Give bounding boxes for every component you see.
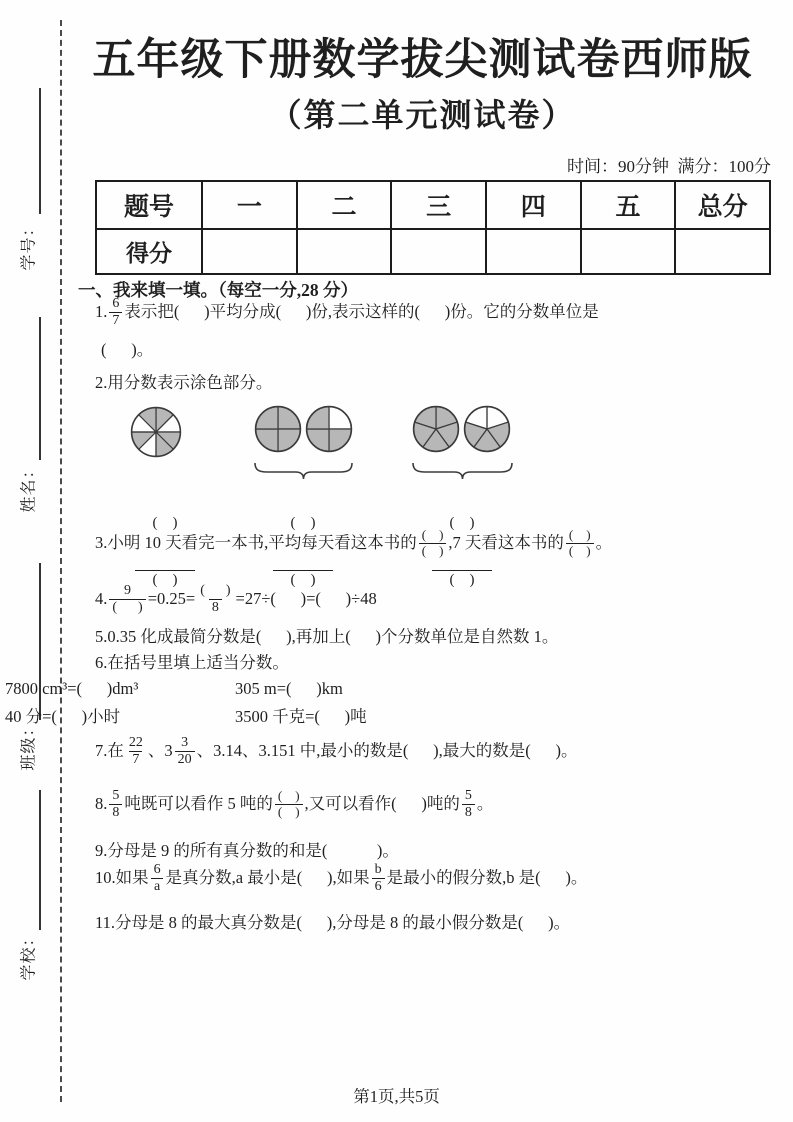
school-blank-line [39, 790, 41, 930]
q4-fraction-2: ( )8 [197, 583, 233, 616]
q10-fraction-2: b6 [372, 862, 385, 895]
score-table-col-5: 五 [581, 181, 676, 229]
fraction-circle [130, 406, 182, 463]
question-8: 8.58吨既可以看作 5 吨的( )( ),又可以看作( )吨的58。 [95, 788, 777, 821]
page-number: 第1页,共5页 [0, 1083, 793, 1107]
q1-fraction: 67 [109, 296, 122, 329]
score-table-header-row: 题号 一 二 三 四 五 总分 [96, 181, 770, 229]
question-4: 4.9( )=0.25=( )8=27÷( )=( )÷48 [95, 583, 777, 616]
paper-title: 五年级下册数学拔尖测试卷西师版 [70, 26, 775, 87]
q6-item-1: 7800 cm³=( )dm³ [5, 678, 138, 700]
question-1: 1.67表示把( )平均分成( )份,表示这样的( )份。它的分数单位是 ( )… [95, 296, 777, 361]
q1-number: 1. [95, 301, 107, 323]
q2-figure-group-3 [412, 405, 511, 458]
score-cell [486, 229, 581, 274]
score-table-score-row: 得分 [96, 229, 770, 274]
score-table-col-total: 总分 [675, 181, 770, 229]
seal-dashed-line [60, 20, 62, 1102]
score-table-col-1: 一 [202, 181, 297, 229]
question-6: 6.在括号里填上适当分数。 [95, 652, 777, 674]
q8-blank-fraction: ( )( ) [275, 789, 303, 820]
question-11: 11.分母是 8 的最大真分数是( ),分母是 8 的最小假分数是( )。 [95, 912, 777, 934]
fraction-circle [254, 405, 302, 458]
score-cell [297, 229, 392, 274]
score-table-col-3: 三 [391, 181, 486, 229]
question-10: 10.如果6a是真分数,a 最小是( ),如果b6是最小的假分数,b 是( )。 [95, 862, 777, 895]
q7-fraction-1: 227 [126, 735, 146, 768]
score-table-col-4: 四 [486, 181, 581, 229]
q2-figure-group-2 [254, 405, 353, 458]
score-cell [202, 229, 297, 274]
question-7: 7.在227、3320、3.14、3.151 中,最小的数是( ),最大的数是(… [95, 735, 777, 768]
score-cell [675, 229, 770, 274]
q4-fraction-1: 9( ) [109, 583, 145, 616]
question-2: 2.用分数表示涂色部分。 [95, 372, 777, 394]
q10-fraction-1: 6a [151, 862, 164, 895]
score-cell [581, 229, 676, 274]
score-table-corner: 题号 [96, 181, 202, 229]
q6-item-4: 3500 千克=( )吨 [235, 706, 367, 728]
q8-fraction-1: 58 [109, 788, 122, 821]
question-9: 9.分母是 9 的所有真分数的和是( )。 [95, 840, 777, 862]
q7-fraction-2: 320 [175, 735, 195, 768]
q3-blank-fraction-2: ( )( ) [566, 528, 594, 559]
score-table-col-2: 二 [297, 181, 392, 229]
q2-figure-group-1 [130, 406, 182, 463]
score-cell [391, 229, 486, 274]
score-table: 题号 一 二 三 四 五 总分 得分 [95, 180, 771, 275]
paper-subtitle: （第二单元测试卷） [70, 90, 775, 136]
fraction-circle [463, 405, 511, 458]
q1-text-line2: ( )。 [101, 339, 777, 361]
question-3: 3.小明 10 天看完一本书,平均每天看这本书的( )( ),7 天看这本书的(… [95, 528, 777, 559]
school-label: 学校： [16, 929, 39, 980]
fraction-circle [305, 405, 353, 458]
q3-blank-fraction-1: ( )( ) [419, 528, 447, 559]
question-5: 5.0.35 化成最简分数是( ),再加上( )个分数单位是自然数 1。 [95, 626, 777, 648]
student-id-label: 学号： [16, 219, 39, 270]
q1-text: 表示把( )平均分成( )份,表示这样的( )份。它的分数单位是 [124, 301, 598, 323]
q6-item-3: 40 分=( )小时 [5, 706, 120, 728]
test-paper-page: 学号： 姓名： 班级： 学校： 五年级下册数学拔尖测试卷西师版 （第二单元测试卷… [0, 0, 793, 1122]
student-id-blank-line [39, 88, 41, 214]
q6-item-2: 305 m=( )km [235, 678, 343, 700]
q8-fraction-2: 58 [462, 788, 475, 821]
score-row-label: 得分 [96, 229, 202, 274]
time-score-info: 时间：90分钟 满分：100分 [567, 152, 771, 177]
fraction-circle [412, 405, 460, 458]
q2-figures [0, 400, 793, 512]
